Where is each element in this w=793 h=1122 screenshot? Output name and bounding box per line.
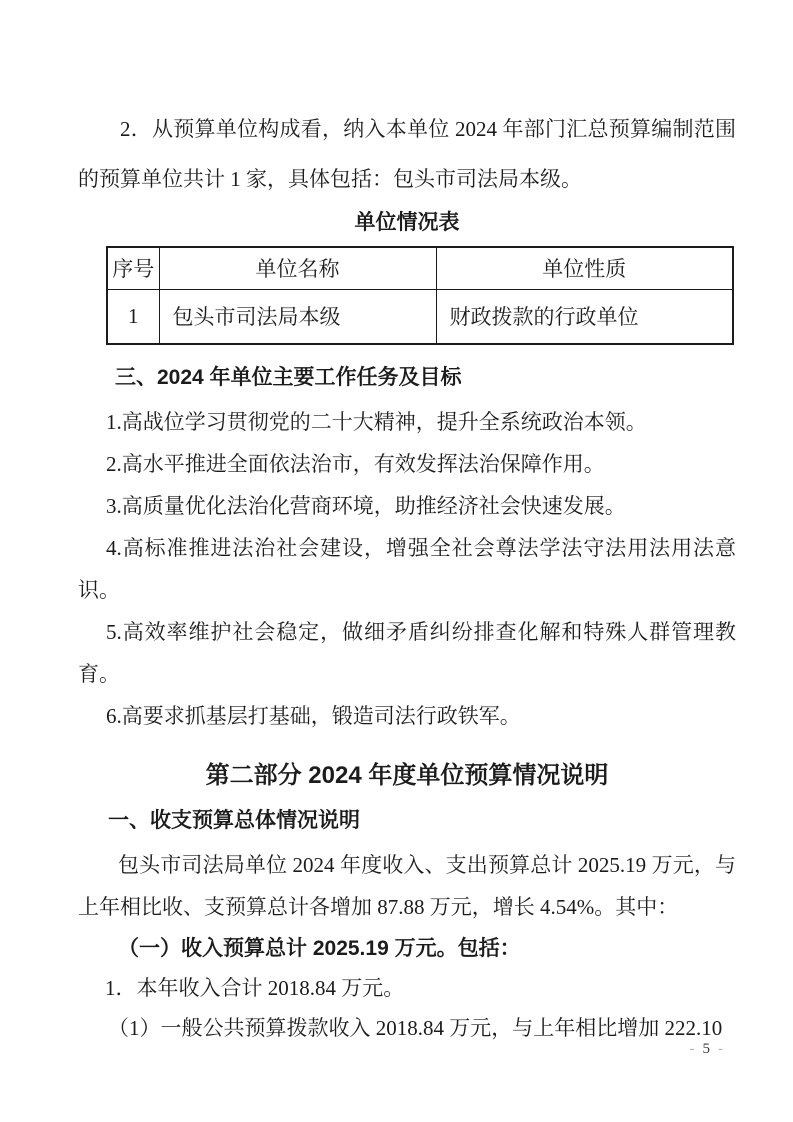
section-3-heading: 三、2024 年单位主要工作任务及目标 [115, 363, 736, 393]
budget-overview-paragraph: 包头市司法局单位 2024 年度收入、支出预算总计 2025.19 万元，与上年… [78, 844, 736, 928]
footer-right-dash: - [718, 1041, 723, 1057]
task-item-list: 1.高战位学习贯彻党的二十大精神，提升全系统政治本领。 2.高水平推进全面依法治… [78, 401, 736, 737]
document-page: 2．从预算单位构成看，纳入本单位 2024 年部门汇总预算编制范围的预算单位共计… [0, 0, 793, 1122]
page-number: 5 [703, 1041, 711, 1057]
task-item-1: 1.高战位学习贯彻党的二十大精神，提升全系统政治本领。 [78, 401, 736, 443]
unit-table-title: 单位情况表 [78, 208, 736, 238]
unit-row-name: 包头市司法局本级 [159, 289, 436, 344]
unit-table: 序号 单位名称 单位性质 1 包头市司法局本级 财政拨款的行政单位 [106, 246, 734, 345]
task-item-4: 4.高标准推进法治社会建设，增强全社会尊法学法守法用法用法意识。 [78, 527, 736, 611]
unit-row-nature: 财政拨款的行政单位 [436, 289, 733, 344]
part2-section-1-heading: 一、收支预算总体情况说明 [108, 806, 736, 836]
footer-left-dash: - [690, 1041, 695, 1057]
task-item-3: 3.高质量优化法治化营商环境，助推经济社会快速发展。 [78, 485, 736, 527]
task-item-5: 5.高效率维护社会稳定，做细矛盾纠纷排查化解和特殊人群管理教育。 [78, 611, 736, 695]
paragraph-budget-units: 2．从预算单位构成看，纳入本单位 2024 年部门汇总预算编制范围的预算单位共计… [78, 104, 736, 204]
income-item-1: 1．本年收入合计 2018.84 万元。 [78, 968, 736, 1008]
page-footer: -5- [690, 1041, 724, 1058]
unit-table-header-nature: 单位性质 [436, 247, 733, 289]
unit-table-row: 1 包头市司法局本级 财政拨款的行政单位 [107, 289, 733, 344]
income-budget-heading: （一）收入预算总计 2025.19 万元。包括： [78, 930, 736, 968]
part-2-title: 第二部分 2024 年度单位预算情况说明 [78, 759, 736, 793]
income-subitem-1: （1）一般公共预算拨款收入 2018.84 万元，与上年相比增加 222.10 [78, 1008, 736, 1048]
task-item-2: 2.高水平推进全面依法治市，有效发挥法治保障作用。 [78, 443, 736, 485]
task-item-6: 6.高要求抓基层打基础，锻造司法行政铁军。 [78, 695, 736, 737]
unit-table-header-row: 序号 单位名称 单位性质 [107, 247, 733, 289]
unit-table-header-name: 单位名称 [159, 247, 436, 289]
unit-table-header-index: 序号 [107, 247, 159, 289]
unit-row-index: 1 [107, 289, 159, 344]
